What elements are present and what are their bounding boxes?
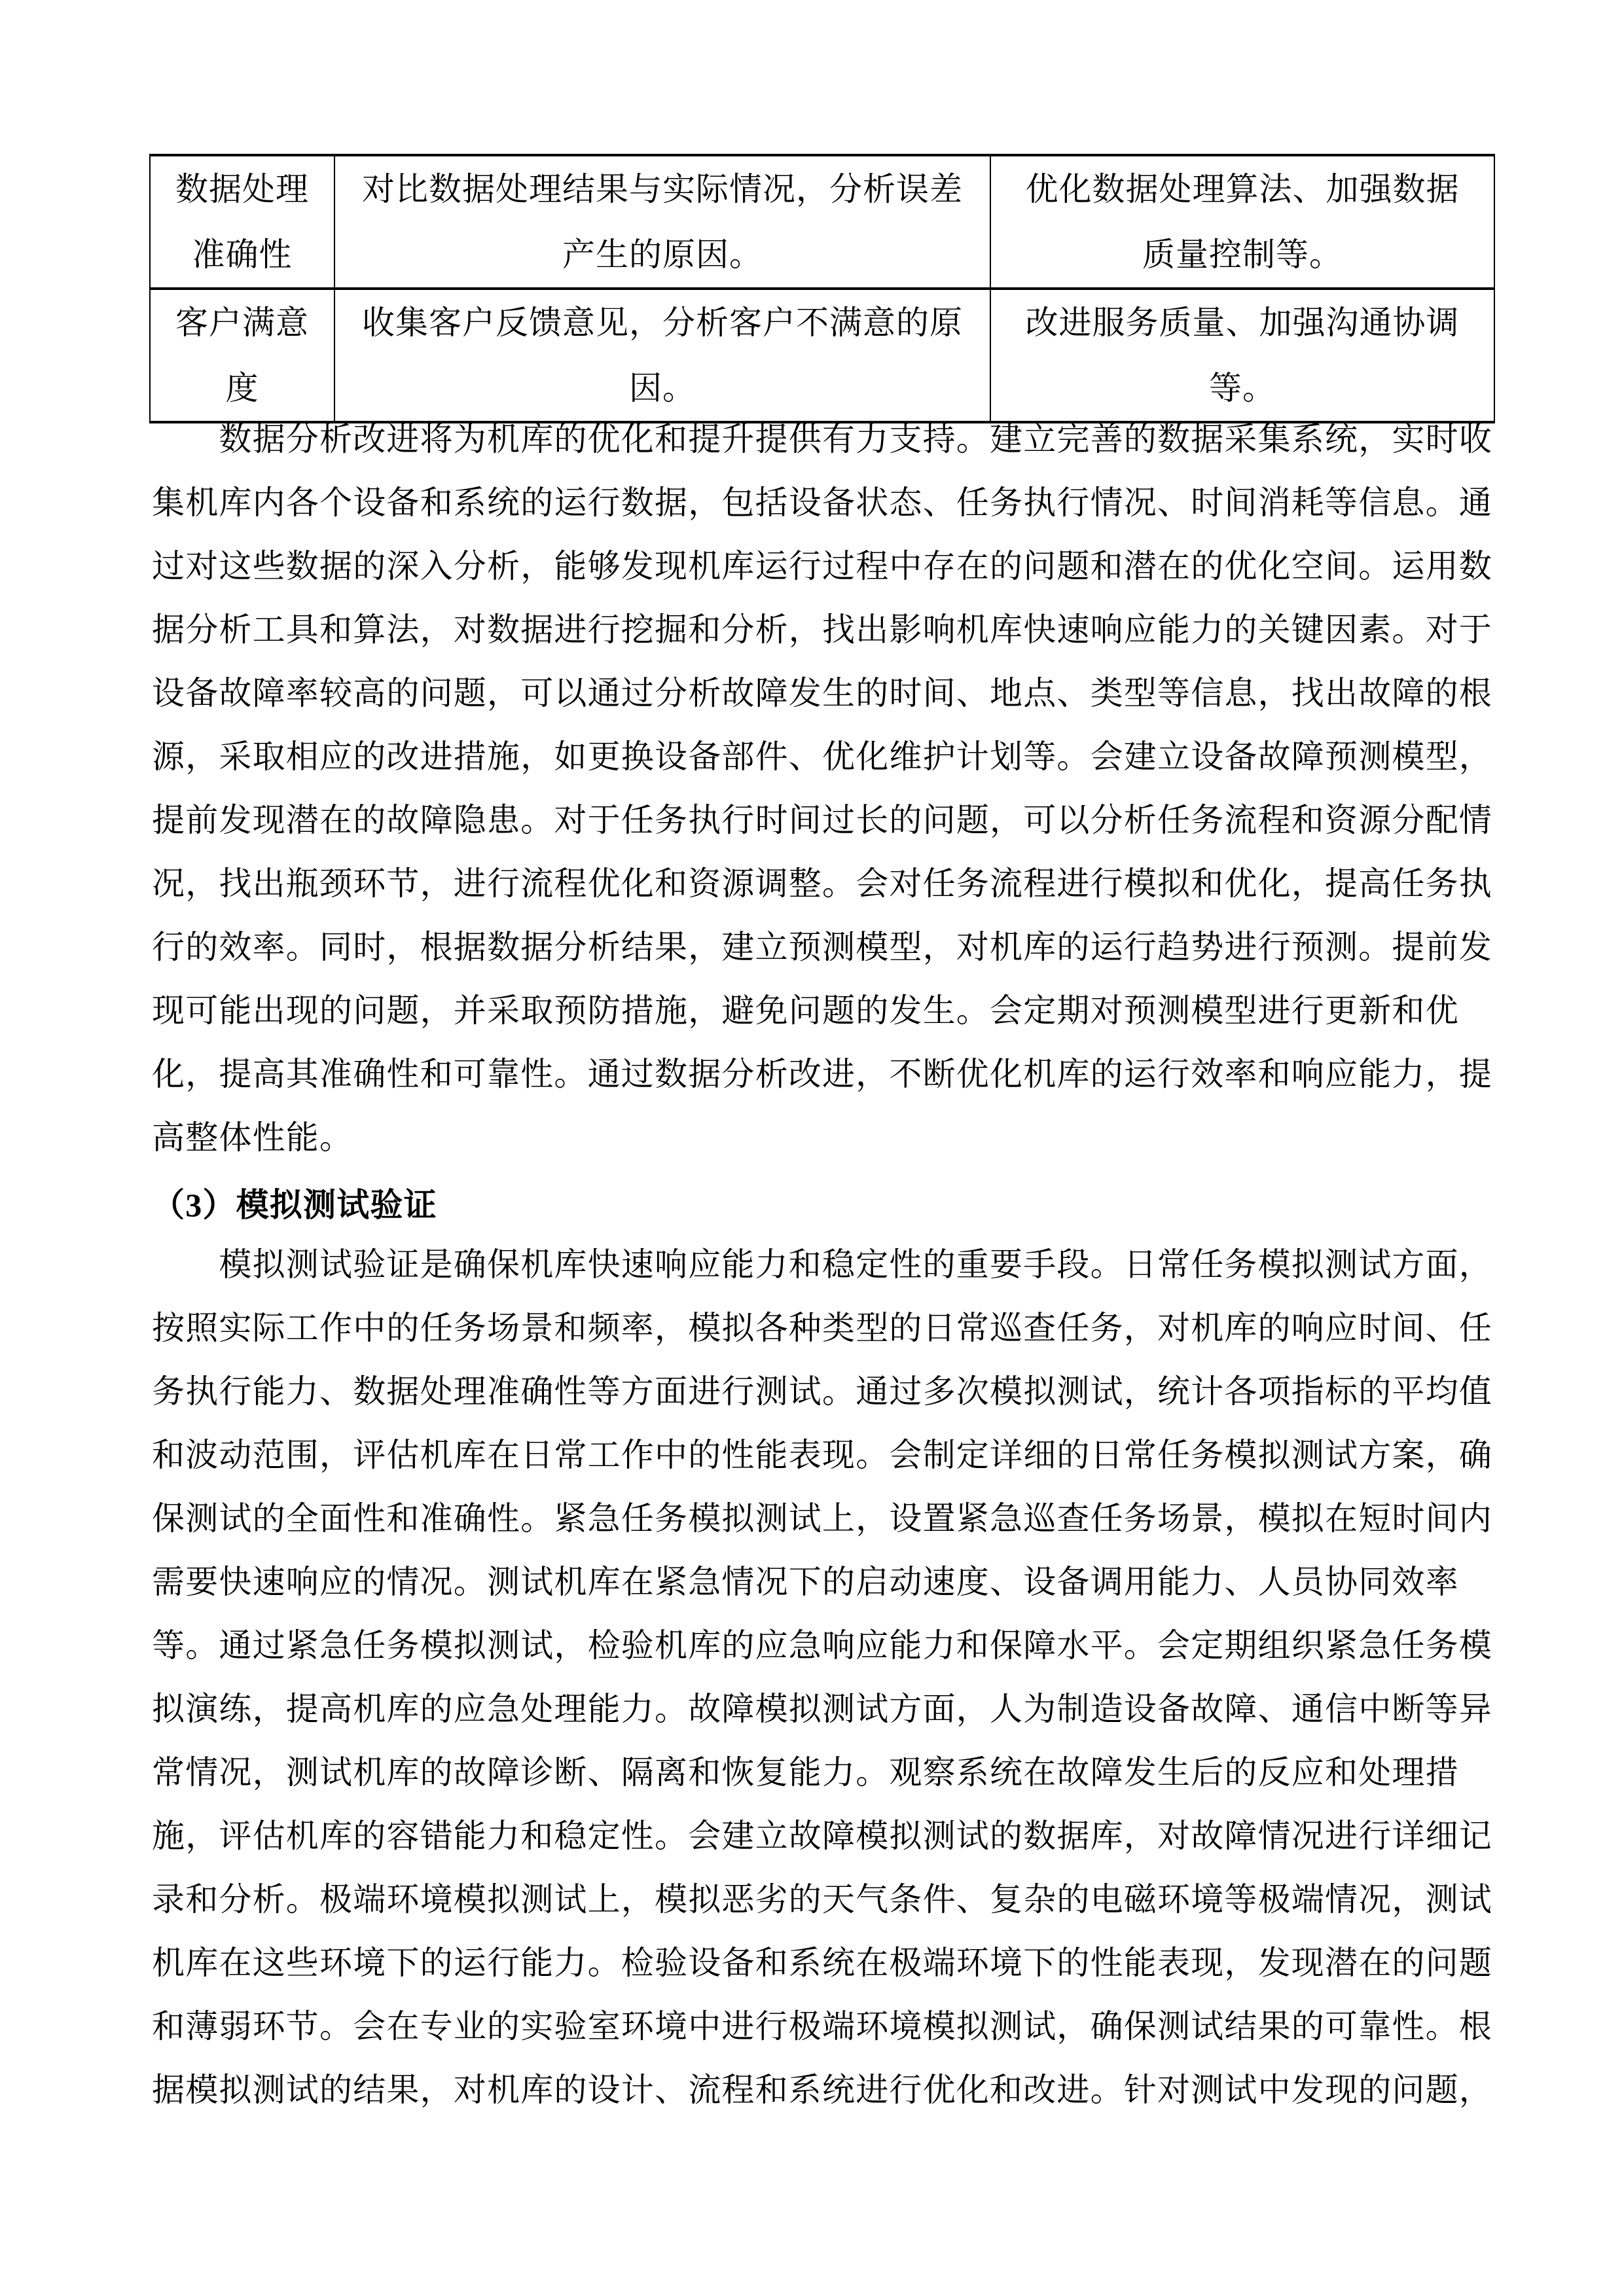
paragraph-simulation-test-verification: 模拟测试验证是确保机库快速响应能力和稳定性的重要手段。日常任务模拟测试方面， 按… <box>152 1233 1513 2122</box>
table-row-data-accuracy: 数据处理 准确性 对比数据处理结果与实际情况，分析误差 产生的原因。 优化数据处… <box>150 155 1494 289</box>
document-body: 数据分析改进将为机库的优化和提升提供有力支持。建立完善的数据采集系统，实时收 集… <box>152 408 1513 2122</box>
improvement-measures-table: 数据处理 准确性 对比数据处理结果与实际情况，分析误差 产生的原因。 优化数据处… <box>149 154 1495 423</box>
table-cell-improvement-measure: 优化数据处理算法、加强数据 质量控制等。 <box>990 155 1494 289</box>
document-page: 数据处理 准确性 对比数据处理结果与实际情况，分析误差 产生的原因。 优化数据处… <box>0 0 1624 2296</box>
table-cell-metric: 客户满意 度 <box>150 289 334 422</box>
table-cell-metric: 数据处理 准确性 <box>150 155 334 289</box>
paragraph-data-analysis-improvement: 数据分析改进将为机库的优化和提升提供有力支持。建立完善的数据采集系统，实时收 集… <box>152 408 1513 1170</box>
table-cell-analysis-method: 收集客户反馈意见，分析客户不满意的原 因。 <box>334 289 990 422</box>
table-cell-improvement-measure: 改进服务质量、加强沟通协调 等。 <box>990 289 1494 422</box>
section-heading-simulation-test: （3）模拟测试验证 <box>152 1174 1513 1237</box>
table-row-customer-satisfaction: 客户满意 度 收集客户反馈意见，分析客户不满意的原 因。 改进服务质量、加强沟通… <box>150 289 1494 422</box>
table-cell-analysis-method: 对比数据处理结果与实际情况，分析误差 产生的原因。 <box>334 155 990 289</box>
